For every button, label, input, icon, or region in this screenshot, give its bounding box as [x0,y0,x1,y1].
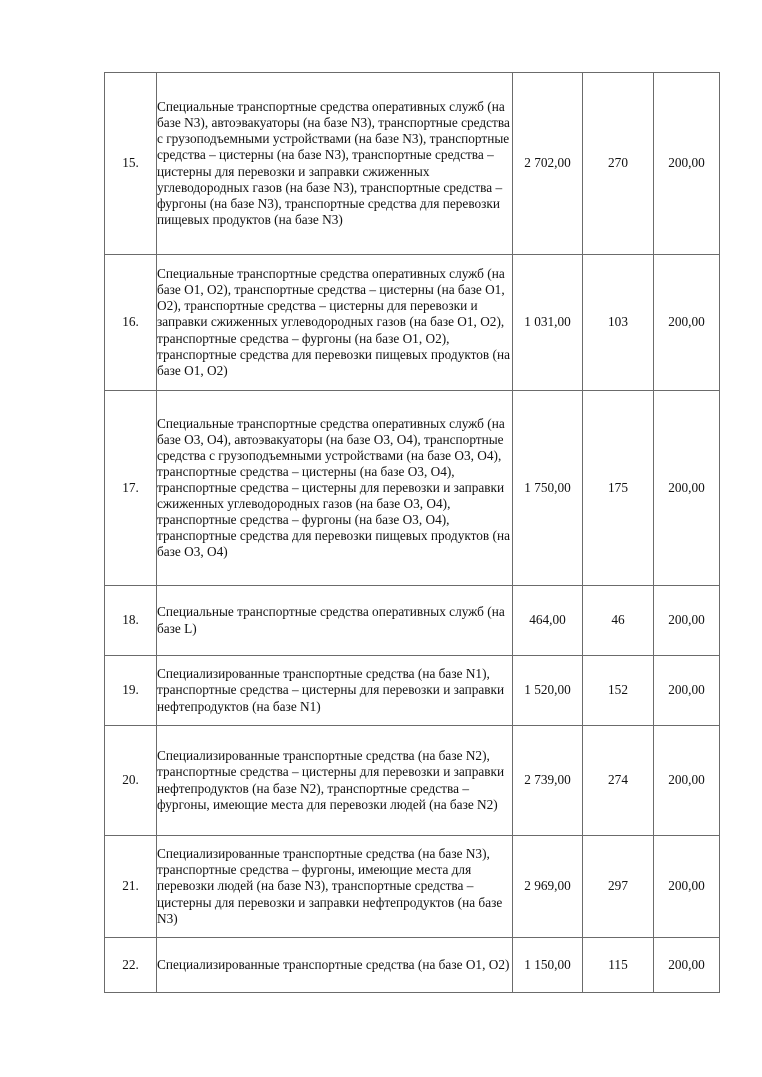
row-value-3: 200,00 [654,726,720,836]
row-value-1: 2 702,00 [513,73,583,255]
table-row: 17. Специальные транспортные средства оп… [105,391,720,586]
row-value-2: 270 [583,73,654,255]
row-value-1: 1 520,00 [513,656,583,726]
row-description: Специальные транспортные средства операт… [157,255,513,391]
row-value-3: 200,00 [654,255,720,391]
row-description: Специализированные транспортные средства… [157,836,513,938]
row-description: Специальные транспортные средства операт… [157,391,513,586]
row-number: 16. [105,255,157,391]
table-row: 19. Специализированные транспортные сред… [105,656,720,726]
row-description: Специализированные транспортные средства… [157,726,513,836]
row-value-2: 103 [583,255,654,391]
row-number: 19. [105,656,157,726]
row-value-1: 1 150,00 [513,938,583,993]
row-value-3: 200,00 [654,73,720,255]
table-row: 21. Специализированные транспортные сред… [105,836,720,938]
row-number: 18. [105,586,157,656]
table-row: 16. Специальные транспортные средства оп… [105,255,720,391]
row-description: Специализированные транспортные средства… [157,938,513,993]
row-value-2: 46 [583,586,654,656]
row-description: Специализированные транспортные средства… [157,656,513,726]
table-row: 15. Специальные транспортные средства оп… [105,73,720,255]
table-row: 18. Специальные транспортные средства оп… [105,586,720,656]
row-value-3: 200,00 [654,391,720,586]
row-value-2: 274 [583,726,654,836]
row-value-2: 175 [583,391,654,586]
row-value-2: 152 [583,656,654,726]
row-number: 22. [105,938,157,993]
row-number: 15. [105,73,157,255]
row-value-2: 297 [583,836,654,938]
row-value-3: 200,00 [654,656,720,726]
row-description: Специальные транспортные средства операт… [157,586,513,656]
row-number: 20. [105,726,157,836]
row-value-3: 200,00 [654,586,720,656]
row-value-3: 200,00 [654,836,720,938]
rates-table: 15. Специальные транспортные средства оп… [104,72,720,993]
table-row: 22. Специализированные транспортные сред… [105,938,720,993]
row-value-1: 1 031,00 [513,255,583,391]
row-value-1: 464,00 [513,586,583,656]
table-row: 20. Специализированные транспортные сред… [105,726,720,836]
row-value-1: 2 969,00 [513,836,583,938]
row-description: Специальные транспортные средства операт… [157,73,513,255]
row-number: 17. [105,391,157,586]
row-value-2: 115 [583,938,654,993]
row-value-1: 1 750,00 [513,391,583,586]
row-value-3: 200,00 [654,938,720,993]
row-number: 21. [105,836,157,938]
row-value-1: 2 739,00 [513,726,583,836]
